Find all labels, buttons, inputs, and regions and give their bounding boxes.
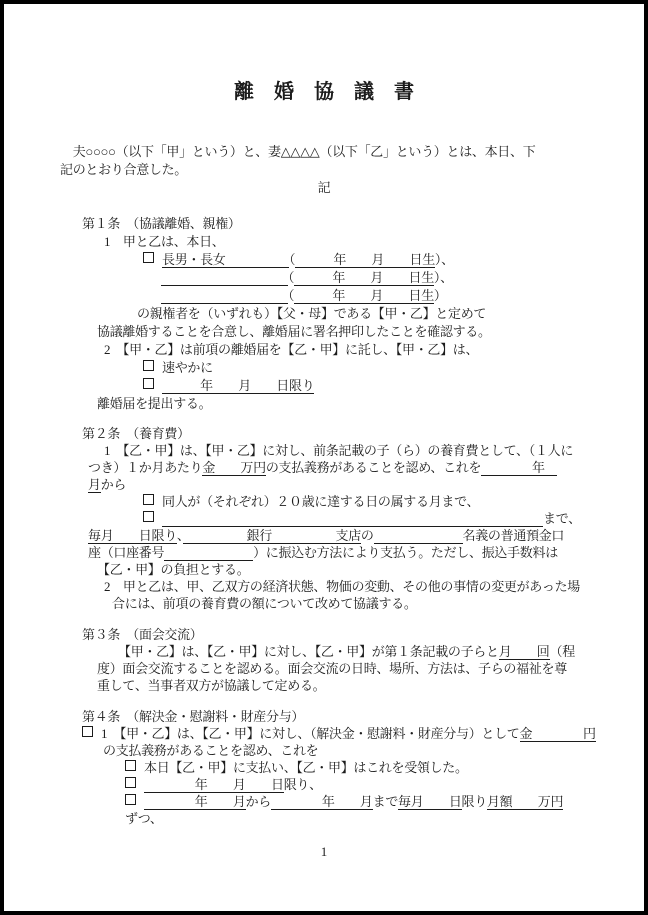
text-segment: 速やかに (162, 360, 213, 375)
text-segment: 名義の普通預金口 (463, 528, 565, 543)
text-segment: 座（口座番号 (88, 545, 164, 560)
article-heading: 第２条 （養育費） (4, 425, 644, 442)
article-heading: 第１条 （協議離婚、親権） (4, 215, 644, 233)
document-line: 年 月 日限り、 (4, 776, 644, 793)
text-segment: ずつ、 (125, 811, 163, 826)
fill-in-field: 年 月 日限り (162, 378, 314, 394)
section-article-2: 第２条 （養育費）1 【乙・甲】は、【甲・乙】に対し、前条記載の子（ら）の養育費… (4, 425, 644, 612)
fill-in-field: 金 円 (520, 726, 596, 742)
document-line: の支払義務があることを認め、これを (4, 742, 644, 759)
text-segment: ）、 (435, 252, 454, 267)
text-segment: 限り、 (284, 777, 322, 792)
text-segment: の親権者を（いずれも）【父・母】である【甲・乙】と定めて (137, 306, 486, 321)
section-article-4: 第４条 （解決金・慰謝料・財産分与）1 【甲・乙】は、【乙・甲】に対し、（解決金… (4, 708, 644, 827)
checkbox-icon (143, 378, 154, 389)
document-line: ずつ、 (4, 810, 644, 827)
text-segment: まで (373, 794, 398, 809)
document-title: 離 婚 協 議 書 (4, 78, 644, 106)
fill-in-field: 月額 万円 (487, 794, 563, 810)
checkbox-icon (82, 726, 93, 737)
document-line: 協議離婚することを合意し、離婚届に署名押印したことを確認する。 (4, 323, 644, 341)
text-segment: 本日【乙・甲】に支払い、【乙・甲】はこれを受領した。 (144, 760, 468, 775)
fill-in-field (161, 288, 288, 304)
document-line: （ 年 月 日生）、 (4, 269, 644, 287)
text-segment: 同人が（それぞれ）２０歳に達する日の属する月まで、 (162, 494, 479, 509)
text-segment: ） (434, 288, 447, 303)
text-segment: 度）面会交流することを認める。面会交流の日時、場所、方法は、子らの福祉を尊 (97, 661, 567, 676)
fill-in-field (374, 528, 463, 544)
section-article-1: 第１条 （協議離婚、親権）1 甲と乙は、本日、長男・長女 （ 年 月 日生）、 … (4, 215, 644, 413)
text-segment: ）、 (434, 270, 453, 285)
fill-in-field: 長男・長女 (162, 252, 289, 268)
fill-in-field (161, 270, 288, 286)
text-segment: から (246, 794, 271, 809)
text-segment: 第１条 （協議離婚、親権） (82, 216, 241, 231)
fill-in-field: 年 月 日生 (294, 288, 434, 304)
article-heading: 第４条 （解決金・慰謝料・財産分与） (4, 708, 644, 725)
text-segment: 重して、当事者双方が協議して定める。 (97, 678, 325, 693)
fill-in-field: 月 回 (499, 644, 550, 660)
text-segment: 第２条 （養育費） (82, 426, 190, 441)
document-line: 本日【乙・甲】に支払い、【乙・甲】はこれを受領した。 (4, 759, 644, 776)
fill-in-field: 年 月 日生 (295, 252, 435, 268)
fill-in-field: 毎月 日限り (88, 528, 177, 544)
document-line: 1 甲と乙は、本日、 (4, 233, 644, 251)
text-segment: の支払義務があることを認め、これを (103, 743, 318, 758)
text-segment: 【乙・甲】の負担とする。 (97, 562, 249, 577)
fill-in-field: 年 月 (271, 794, 373, 810)
document-line: 1 【甲・乙】は、【乙・甲】に対し、（解決金・慰謝料・財産分与）として金 円 (4, 725, 644, 742)
fill-in-field: 年 月 日生 (294, 270, 434, 286)
checkbox-icon (143, 511, 154, 522)
document-line: の親権者を（いずれも）【父・母】である【甲・乙】と定めて (4, 305, 644, 323)
text-segment: 1 甲と乙は、本日、 (104, 234, 225, 249)
checkbox-icon (125, 760, 136, 771)
text-segment: 2 【甲・乙】は前項の離婚届を【乙・甲】に託し、【甲・乙】は、 (104, 342, 478, 357)
document-line: つき）１か月あたり金 万円の支払義務があることを認め、これを 年 (4, 459, 644, 476)
fill-in-field (162, 511, 543, 527)
document-line: 年 月から 年 月まで毎月 日限り月額 万円 (4, 793, 644, 810)
text-segment: 1 【乙・甲】は、【甲・乙】に対し、前条記載の子（ら）の養育費として、（１人に (104, 443, 573, 458)
text-segment: 1 【甲・乙】は、【乙・甲】に対し、（解決金・慰謝料・財産分与）として (101, 726, 520, 741)
text-segment: 限り (462, 794, 487, 809)
text-segment: 記 (318, 180, 331, 195)
text-segment: 協議離婚することを合意し、離婚届に署名押印したことを確認する。 (97, 324, 491, 339)
document-line: 記のとおり合意した。 (4, 161, 644, 179)
text-segment: まで、 (543, 511, 581, 526)
document-line: 長男・長女 （ 年 月 日生）、 (4, 251, 644, 269)
fill-in-field: 毎月 日 (398, 794, 462, 810)
document-body: 夫○○○○（以下「甲」という）と、妻△△△△（以下「乙」という）とは、本日、下記… (4, 143, 644, 827)
text-segment: つき）１か月あたり (88, 460, 202, 475)
text-segment: から (101, 477, 126, 492)
document-line: 年 月 日限り (4, 377, 644, 395)
document-line: 1 【乙・甲】は、【甲・乙】に対し、前条記載の子（ら）の養育費として、（１人に (4, 442, 644, 459)
document-line: 離婚届を提出する。 (4, 395, 644, 413)
checkbox-icon (125, 794, 136, 805)
text-segment: 第４条 （解決金・慰謝料・財産分与） (82, 709, 304, 724)
document-line: 重して、当事者双方が協議して定める。 (4, 677, 644, 694)
document-line: （ 年 月 日生） (4, 287, 644, 305)
document-page: 離 婚 協 議 書 夫○○○○（以下「甲」という）と、妻△△△△（以下「乙」とい… (0, 0, 648, 915)
document-line: 速やかに (4, 359, 644, 377)
text-segment: の支払義務があることを認め、これを (266, 460, 481, 475)
text-segment: 【甲・乙】は、【乙・甲】に対し、【乙・甲】が第１条記載の子らと (118, 644, 499, 659)
text-segment: 夫○○○○（以下「甲」という）と、妻△△△△（以下「乙」という）とは、本日、下 (60, 144, 535, 159)
text-segment: （程 (550, 644, 575, 659)
document-line: 2 甲と乙は、甲、乙双方の経済状態、物価の変動、その他の事情の変更があった場 (4, 578, 644, 595)
fill-in-field: 年 月 日 (144, 777, 284, 793)
checkbox-icon (125, 777, 136, 788)
fill-in-field (164, 545, 253, 561)
document-line: 毎月 日限り、 銀行 支店の 名義の普通預金口 (4, 527, 644, 544)
article-heading: 第３条 （面会交流） (4, 626, 644, 643)
document-line: 【甲・乙】は、【乙・甲】に対し、【乙・甲】が第１条記載の子らと月 回（程 (4, 643, 644, 660)
checkbox-icon (143, 494, 154, 505)
text-segment: 合には、前項の養育費の額について改めて協議する。 (112, 596, 417, 611)
document-line: まで、 (4, 510, 644, 527)
document-line: 同人が（それぞれ）２０歳に達する日の属する月まで、 (4, 493, 644, 510)
fill-in-field: 月 (88, 477, 101, 493)
page-number: 1 (4, 843, 644, 861)
document-line: 2 【甲・乙】は前項の離婚届を【乙・甲】に託し、【甲・乙】は、 (4, 341, 644, 359)
checkbox-icon (143, 252, 154, 263)
document-line: 座（口座番号 ）に振込む方法により支払う。ただし、振込手数料は (4, 544, 644, 561)
fill-in-field: 金 万円 (202, 460, 266, 476)
text-segment: 第３条 （面会交流） (82, 627, 203, 642)
fill-in-field: 銀行 支店 (183, 528, 361, 544)
section-article-3: 第３条 （面会交流）【甲・乙】は、【乙・甲】に対し、【乙・甲】が第１条記載の子ら… (4, 626, 644, 694)
text-segment: ）に振込む方法により支払う。ただし、振込手数料は (253, 545, 558, 560)
document-line: 度）面会交流することを認める。面会交流の日時、場所、方法は、子らの福祉を尊 (4, 660, 644, 677)
fill-in-field: 年 月 (144, 794, 246, 810)
text-segment: 離婚届を提出する。 (97, 396, 211, 411)
section-preamble: 夫○○○○（以下「甲」という）と、妻△△△△（以下「乙」という）とは、本日、下記… (4, 143, 644, 197)
document-line: 合には、前項の養育費の額について改めて協議する。 (4, 595, 644, 612)
checkbox-icon (143, 360, 154, 371)
text-segment: 2 甲と乙は、甲、乙双方の経済状態、物価の変動、その他の事情の変更があった場 (104, 579, 580, 594)
document-line: 【乙・甲】の負担とする。 (4, 561, 644, 578)
document-line: 夫○○○○（以下「甲」という）と、妻△△△△（以下「乙」という）とは、本日、下 (4, 143, 644, 161)
text-segment: 記のとおり合意した。 (60, 162, 187, 177)
document-line: 月から (4, 476, 644, 493)
text-segment: の (361, 528, 374, 543)
document-line: 記 (4, 179, 644, 197)
fill-in-field: 年 (481, 460, 557, 476)
